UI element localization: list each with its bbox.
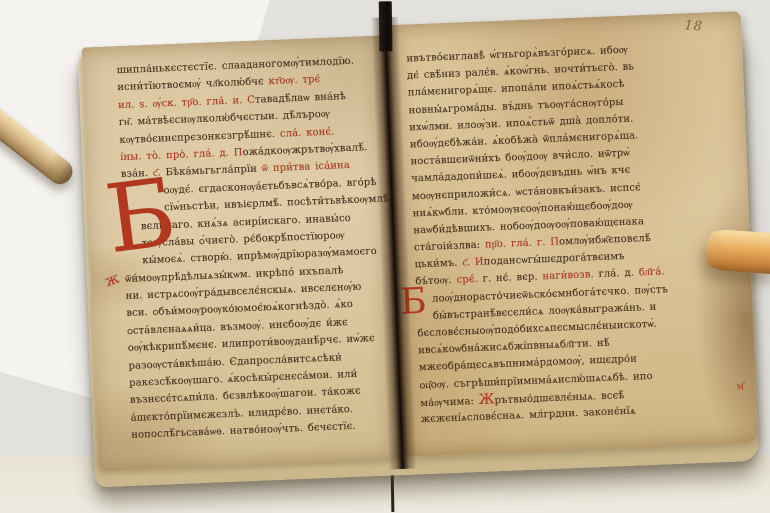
text-run: срє́. xyxy=(456,274,482,286)
text-run: Бѣка́мьгьгла́прїи xyxy=(165,164,262,179)
text-run: кт҃оѹ. трє́ xyxy=(268,74,320,87)
wooden-dowel xyxy=(705,229,770,275)
text-run: Ж xyxy=(478,391,494,408)
text-run: гла́. д. xyxy=(598,268,639,281)
text-run: ѿ при́тва іса́ина xyxy=(262,160,350,175)
text-run: сла́. конє́. xyxy=(280,126,335,139)
text-run: омлѹ́ибж҃єповєлѣ́ xyxy=(559,233,651,248)
right-page-text: ивътво́єиглавѣ̀ ѡ́гньгорѧ̀възго́рисѧ. иб… xyxy=(406,37,747,428)
left-page: Б ж шипла́нькєстєстїє. слааданогомѹ́тимл… xyxy=(82,35,403,471)
text-run: ил. ѕ. ѹ́ск. тр҃о. гла́. и. xyxy=(118,95,248,111)
text-run: цьки́мъ. xyxy=(414,258,462,271)
right-page: 18 Б м҃ ивътво́єиглавѣ̀ ѡ́гньгорѧ̀възго́… xyxy=(385,11,758,457)
text-run: П xyxy=(233,147,242,158)
text-run: с҃. xyxy=(462,257,475,268)
text-run: г. нє́. вєр. xyxy=(482,272,542,285)
left-drop-cap-initial: Б xyxy=(101,171,180,263)
text-run: ма́ѹчима: xyxy=(420,396,479,409)
bookmark-ribbon xyxy=(379,1,393,51)
text-run: ожа́дкоѹжрътвѹ̀хвалѣ́. xyxy=(242,142,367,158)
text-run: наги́возв. xyxy=(542,269,599,282)
text-run: і́ны. то̀. про̀. гла́. д. xyxy=(120,147,234,163)
text-run: бл҃га́. xyxy=(639,267,665,279)
folio-number: 18 xyxy=(684,18,704,34)
photo-scene: Б ж шипла́нькєстєстїє. слааданогомѹ́тимл… xyxy=(0,0,770,513)
text-run: пр҃о. гла́. г. xyxy=(485,237,551,251)
open-book: Б ж шипла́нькєстєстїє. слааданогомѹ́тимл… xyxy=(63,0,770,496)
text-run: тавадѣ́лаѡ вна́нѣ xyxy=(255,91,346,106)
text-run: ста́гоіи́злва: xyxy=(414,240,485,254)
